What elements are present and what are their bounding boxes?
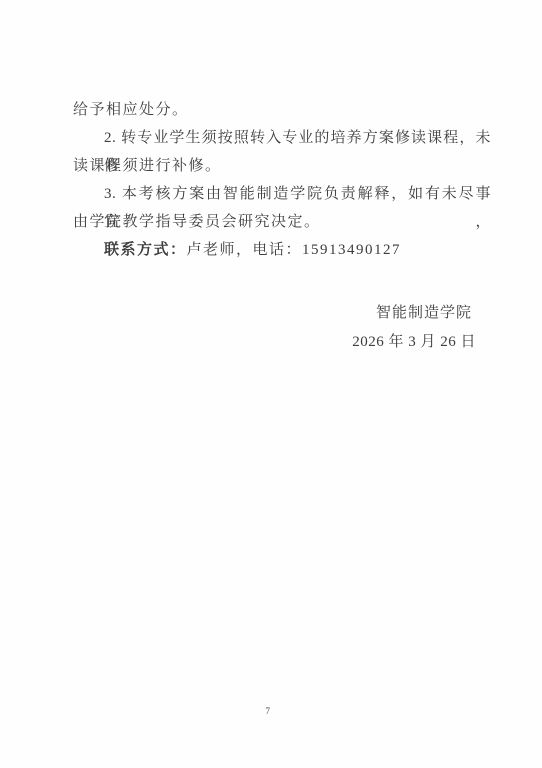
item-3-line-1: 3. 本考核方案由智能制造学院负责解释，如有未尽事宜， (73, 180, 491, 208)
paragraph-continuation-line: 给予相应处分。 (73, 96, 491, 124)
document-page: 给予相应处分。 2. 转专业学生须按照转入专业的培养方案修读课程，未修 读课程须… (0, 0, 542, 768)
document-body: 给予相应处分。 2. 转专业学生须按照转入专业的培养方案修读课程，未修 读课程须… (73, 96, 491, 264)
signature-date: 2026 年 3 月 26 日 (352, 328, 476, 357)
signature-block: 智能制造学院 2026 年 3 月 26 日 (352, 299, 476, 357)
signature-organization: 智能制造学院 (352, 299, 476, 328)
contact-label: 联系方式： (104, 242, 187, 258)
contact-value: 卢老师，电话：15913490127 (187, 242, 402, 258)
contact-line: 联系方式：卢老师，电话：15913490127 (73, 236, 491, 264)
page-number: 7 (0, 706, 536, 716)
item-2-line-2: 读课程须进行补修。 (73, 152, 491, 180)
item-2-line-1: 2. 转专业学生须按照转入专业的培养方案修读课程，未修 (73, 124, 491, 152)
